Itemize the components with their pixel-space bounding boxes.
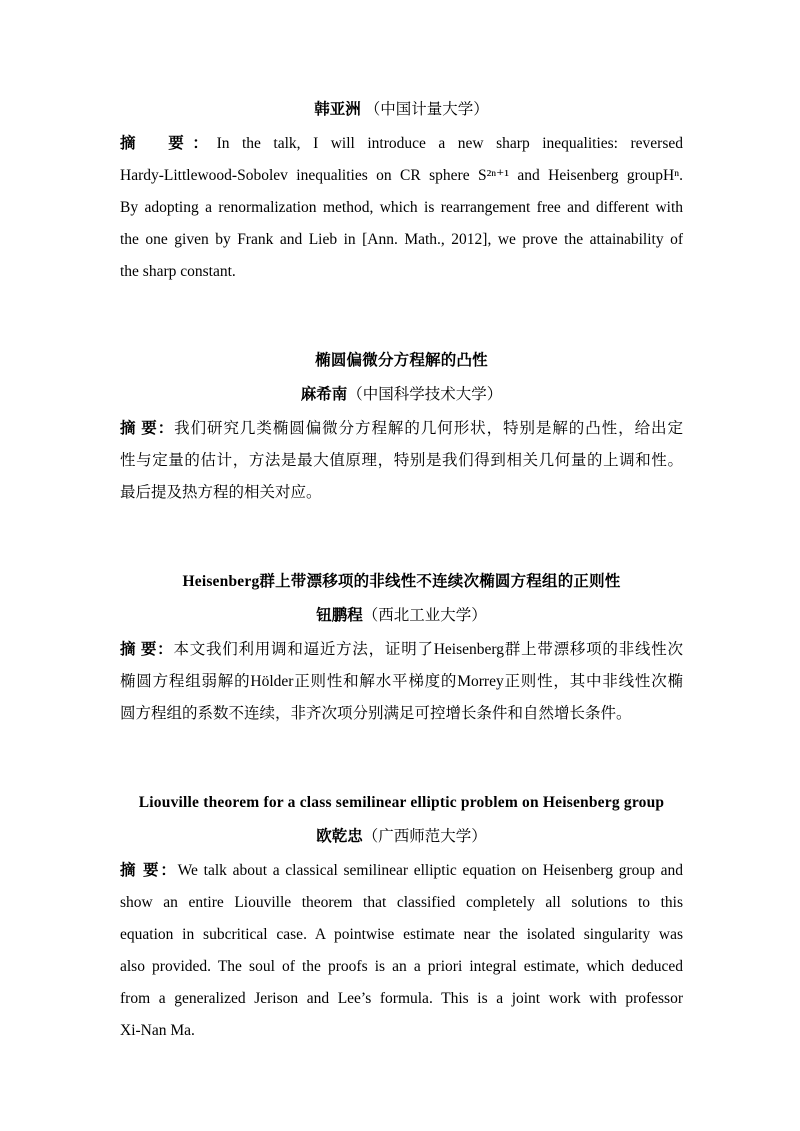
abstract-line: 摘 要：我们研究几类椭圆偏微分方程解的几何形状，特别是解的凸性，给出定 [120,413,683,445]
abstract-label: 摘 要： [120,641,173,658]
abstract-line-text: We talk about a classical semilinear ell… [178,862,683,879]
abstract-line-text: In the talk, I will introduce a new shar… [217,135,683,152]
abstract-label: 摘 要： [120,862,178,879]
author-line: 钮鹏程（西北工业大学） [120,599,683,632]
abstract-line: the sharp constant. [120,256,683,288]
abstract-line: also provided. The soul of the proofs is… [120,951,683,983]
author-line: 欧乾忠（广西师范大学） [120,820,683,853]
author-line: 韩亚洲 （中国计量大学） [120,93,683,126]
talk-title: Liouville theorem for a class semilinear… [120,787,683,819]
talk-title: 椭圆偏微分方程解的凸性 [120,345,683,377]
document-page: 韩亚洲 （中国计量大学）摘 要：In the talk, I will intr… [0,0,800,1131]
author-name: 欧乾忠 [316,828,363,845]
abstract-line: Xi-Nan Ma. [120,1015,683,1047]
abstract-body: 摘 要：我们研究几类椭圆偏微分方程解的几何形状，特别是解的凸性，给出定性与定量的… [120,413,683,509]
abstract-section-ma-xinan: 椭圆偏微分方程解的凸性麻希南（中国科学技术大学）摘 要：我们研究几类椭圆偏微分方… [120,345,683,509]
abstract-line: Hardy-Littlewood-Sobolev inequalities on… [120,160,683,192]
talk-title: Heisenberg群上带漂移项的非线性不连续次椭圆方程组的正则性 [120,566,683,598]
abstract-line-text: 本文我们利用调和逼近方法，证明了Heisenberg群上带漂移项的非线性次 [173,641,683,658]
abstract-line: 椭圆方程组弱解的Hölder正则性和解水平梯度的Morrey正则性，其中非线性次… [120,666,683,698]
author-affiliation: （广西师范大学） [363,828,487,845]
author-affiliation: （西北工业大学） [363,607,487,624]
abstract-line: 最后提及热方程的相关对应。 [120,477,683,509]
author-line: 麻希南（中国科学技术大学） [120,378,683,411]
author-name: 韩亚洲 [314,101,361,118]
abstract-line: By adopting a renormalization method, wh… [120,192,683,224]
author-name: 钮鹏程 [316,607,363,624]
abstract-label: 摘 要： [120,135,217,152]
author-affiliation: （中国计量大学） [361,101,489,118]
abstract-section-ou-qianzhong: Liouville theorem for a class semilinear… [120,787,683,1047]
abstract-body: 摘 要：本文我们利用调和逼近方法，证明了Heisenberg群上带漂移项的非线性… [120,634,683,730]
abstract-line: the one given by Frank and Lieb in [Ann.… [120,224,683,256]
abstract-body: 摘 要：We talk about a classical semilinear… [120,855,683,1047]
sections-root: 韩亚洲 （中国计量大学）摘 要：In the talk, I will intr… [120,93,683,1047]
abstract-line: show an entire Liouville theorem that cl… [120,887,683,919]
abstract-line: 摘 要：We talk about a classical semilinear… [120,855,683,887]
abstract-line-text: 我们研究几类椭圆偏微分方程解的几何形状，特别是解的凸性，给出定 [174,420,683,437]
abstract-body: 摘 要：In the talk, I will introduce a new … [120,128,683,288]
abstract-line: from a generalized Jerison and Lee’s for… [120,983,683,1015]
abstract-line: 摘 要：In the talk, I will introduce a new … [120,128,683,160]
abstract-label: 摘 要： [120,420,174,437]
abstract-section-han-yazhou: 韩亚洲 （中国计量大学）摘 要：In the talk, I will intr… [120,93,683,288]
abstract-line: 摘 要：本文我们利用调和逼近方法，证明了Heisenberg群上带漂移项的非线性… [120,634,683,666]
author-name: 麻希南 [301,386,348,403]
abstract-line: 圆方程组的系数不连续，非齐次项分别满足可控增长条件和自然增长条件。 [120,698,683,730]
abstract-section-niu-pengcheng: Heisenberg群上带漂移项的非线性不连续次椭圆方程组的正则性钮鹏程（西北工… [120,566,683,730]
author-affiliation: （中国科学技术大学） [347,386,502,403]
abstract-line: equation in subcritical case. A pointwis… [120,919,683,951]
abstract-line: 性与定量的估计，方法是最大值原理，特别是我们得到相关几何量的上调和性。 [120,445,683,477]
